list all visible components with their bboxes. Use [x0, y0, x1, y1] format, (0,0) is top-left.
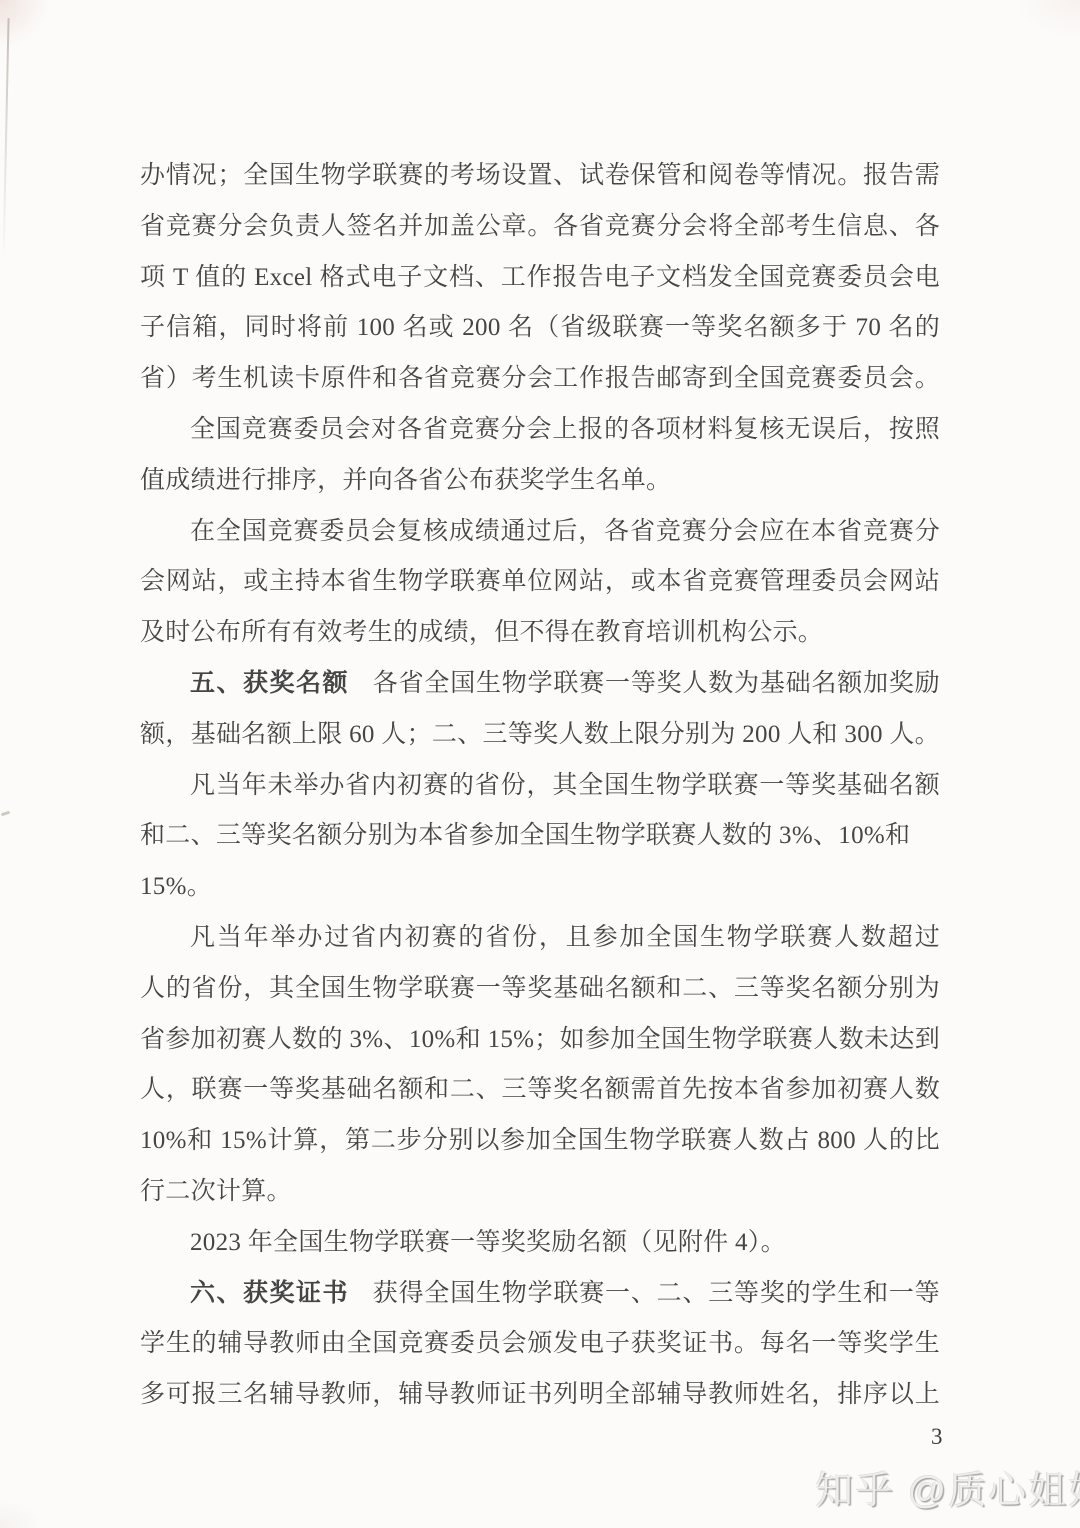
text-line: 2023 年全国生物学联赛一等奖奖励名额（见附件 4）。	[140, 1218, 940, 1269]
text-line: 人的省份，其全国生物学联赛一等奖基础名额和二、三等奖名额分别为本	[140, 964, 940, 1015]
text-line-content: 凡当年未举办省内初赛的省份，其全国生物学联赛一等奖基础名额	[190, 772, 940, 799]
text-line-content: 会网站，或主持本省生物学联赛单位网站，或本省竞赛管理委员会网站	[140, 568, 940, 595]
text-line: 学生的辅导教师由全国竞赛委员会颁发电子获奖证书。每名一等奖学生最	[140, 1319, 940, 1370]
text-line-content: 10%和 15%计算，第二步分别以参加全国生物学联赛人数占 800 人的比例进	[140, 1127, 940, 1167]
text-line-content: 在全国竞赛委员会复核成绩通过后，各省竞赛分会应在本省竞赛分	[190, 518, 940, 545]
text-line: 六、获奖证书获得全国生物学联赛一、二、三等奖的学生和一等奖	[140, 1269, 940, 1320]
scan-edge-mark	[1, 811, 10, 817]
text-line: 多可报三名辅导教师，辅导教师证书列明全部辅导教师姓名，排序以上报	[140, 1370, 940, 1421]
text-line-content: 项 T 值的 Excel 格式电子文档、工作报告电子文档发全国竞赛委员会电	[140, 264, 940, 291]
text-line: 凡当年未举办省内初赛的省份，其全国生物学联赛一等奖基础名额	[140, 761, 940, 812]
section-heading: 五、获奖名额	[190, 670, 349, 697]
text-line: 全国竞赛委员会对各省竞赛分会上报的各项材料复核无误后，按照 T	[140, 405, 940, 456]
text-line: 15%。	[140, 862, 940, 913]
text-line-content: 省竞赛分会负责人签名并加盖公章。各省竞赛分会将全部考生信息、各	[140, 213, 940, 240]
text-line: 人，联赛一等奖基础名额和二、三等奖名额需首先按本省参加初赛人数 3%、	[140, 1065, 940, 1116]
scanned-document-page: 办情况；全国生物学联赛的考场设置、试卷保管和阅卷等情况。报告需省竞赛分会负责人签…	[0, 0, 1080, 1528]
page-number: 3	[931, 1424, 961, 1450]
text-line-content: 省参加初赛人数的 3%、10%和 15%；如参加全国生物学联赛人数未达到 800	[140, 1026, 940, 1066]
text-line-content: 值成绩进行排序，并向各省公布获奖学生名单。	[140, 467, 671, 494]
text-line-content: 省）考生机读卡原件和各省竞赛分会工作报告邮寄到全国竞赛委员会。	[140, 365, 940, 392]
text-line-content: 凡当年举办过省内初赛的省份，且参加全国生物学联赛人数超过 800	[140, 924, 940, 964]
text-line: 在全国竞赛委员会复核成绩通过后，各省竞赛分会应在本省竞赛分	[140, 507, 940, 558]
text-line: 会网站，或主持本省生物学联赛单位网站，或本省竞赛管理委员会网站	[140, 557, 940, 608]
text-line: 额，基础名额上限 60 人；二、三等奖人数上限分别为 200 人和 300 人。	[140, 710, 940, 761]
text-line: 子信箱，同时将前 100 名或 200 名（省级联赛一等奖名额多于 70 名的	[140, 303, 940, 354]
text-line-content: 办情况；全国生物学联赛的考场设置、试卷保管和阅卷等情况。报告需	[140, 162, 940, 189]
text-line: 凡当年举办过省内初赛的省份，且参加全国生物学联赛人数超过 800	[140, 913, 940, 964]
text-line: 10%和 15%计算，第二步分别以参加全国生物学联赛人数占 800 人的比例进	[140, 1116, 940, 1167]
text-line-content: 额，基础名额上限 60 人；二、三等奖人数上限分别为 200 人和 300 人。	[140, 721, 940, 748]
text-line-content: 全国竞赛委员会对各省竞赛分会上报的各项材料复核无误后，按照 T	[140, 416, 940, 456]
text-line: 省参加初赛人数的 3%、10%和 15%；如参加全国生物学联赛人数未达到 800	[140, 1015, 940, 1066]
text-line: 省竞赛分会负责人签名并加盖公章。各省竞赛分会将全部考生信息、各	[140, 202, 940, 253]
text-line-content: 行二次计算。	[140, 1178, 292, 1205]
text-line: 及时公布所有有效考生的成绩，但不得在教育培训机构公示。	[140, 608, 940, 659]
text-line-content: 2023 年全国生物学联赛一等奖奖励名额（见附件 4）。	[190, 1229, 786, 1256]
section-heading: 六、获奖证书	[190, 1280, 349, 1307]
text-line: 行二次计算。	[140, 1167, 940, 1218]
text-line: 项 T 值的 Excel 格式电子文档、工作报告电子文档发全国竞赛委员会电	[140, 253, 940, 304]
text-line: 五、获奖名额各省全国生物学联赛一等奖人数为基础名额加奖励名	[140, 659, 940, 710]
text-line-content: 和二、三等奖名额分别为本省参加全国生物学联赛人数的 3%、10%和	[140, 822, 910, 849]
text-line: 办情况；全国生物学联赛的考场设置、试卷保管和阅卷等情况。报告需	[140, 151, 940, 202]
text-line: 值成绩进行排序，并向各省公布获奖学生名单。	[140, 456, 940, 507]
scan-edge-artifact	[2, 18, 9, 263]
text-line-content: 人的省份，其全国生物学联赛一等奖基础名额和二、三等奖名额分别为本	[140, 975, 940, 1015]
text-line-content: 及时公布所有有效考生的成绩，但不得在教育培训机构公示。	[140, 619, 823, 646]
text-line-content: 学生的辅导教师由全国竞赛委员会颁发电子获奖证书。每名一等奖学生最	[140, 1330, 940, 1370]
text-line: 省）考生机读卡原件和各省竞赛分会工作报告邮寄到全国竞赛委员会。	[140, 354, 940, 405]
text-line-content: 子信箱，同时将前 100 名或 200 名（省级联赛一等奖名额多于 70 名的	[140, 314, 940, 341]
watermark: 知乎 @质心姐姐	[815, 1459, 1080, 1514]
document-body: 办情况；全国生物学联赛的考场设置、试卷保管和阅卷等情况。报告需省竞赛分会负责人签…	[140, 151, 940, 1421]
text-line-content: 人，联赛一等奖基础名额和二、三等奖名额需首先按本省参加初赛人数 3%、	[140, 1076, 940, 1116]
text-line-content: 15%。	[140, 873, 212, 900]
text-line: 和二、三等奖名额分别为本省参加全国生物学联赛人数的 3%、10%和	[140, 811, 940, 862]
text-line-content: 多可报三名辅导教师，辅导教师证书列明全部辅导教师姓名，排序以上报	[140, 1381, 940, 1421]
